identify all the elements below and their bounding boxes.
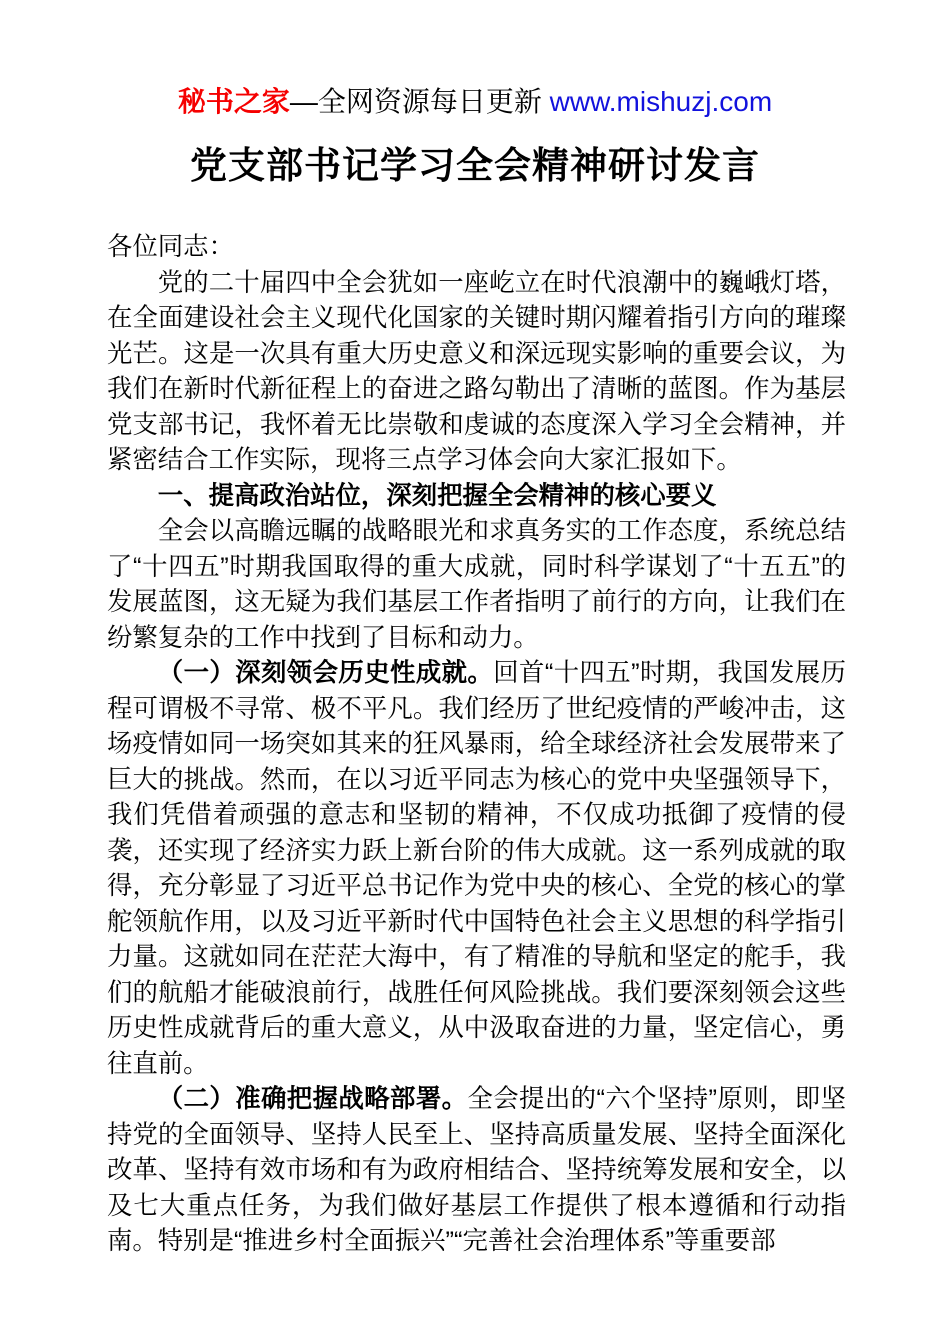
text-run: 党的二十届四中全会犹如一座屹立在时代浪潮中的巍峨灯塔，在全面建设社会主义现代化国… (107, 269, 846, 475)
document-paragraphs: 党的二十届四中全会犹如一座屹立在时代浪潮中的巍峨灯塔，在全面建设社会主义现代化国… (107, 266, 846, 1260)
tagline-text: —全网资源每日更新 (290, 86, 550, 117)
text-run: 回首“十四五”时期，我国发展历程可谓极不寻常、极不平凡。我们经历了世纪疫情的严峻… (107, 659, 846, 1078)
paragraph: （二）准确把握战略部署。全会提出的“六个坚持”原则，即坚持党的全面领导、坚持人民… (107, 1082, 846, 1260)
bold-text-run: 一、提高政治站位，深刻把握全会精神的核心要义 (158, 482, 717, 510)
brand-text: 秘书之家 (178, 86, 290, 117)
document-page: 秘书之家—全网资源每日更新 www.mishuzj.com 党支部书记学习全会精… (0, 0, 950, 1344)
site-header: 秘书之家—全网资源每日更新 www.mishuzj.com (0, 0, 950, 119)
section-heading: 一、提高政治站位，深刻把握全会精神的核心要义 (107, 479, 846, 515)
salutation: 各位同志： (107, 230, 846, 266)
bold-text-run: （一）深刻领会历史性成就。 (158, 659, 493, 687)
bold-text-run: （二）准确把握战略部署。 (158, 1085, 468, 1113)
paragraph: 全会以高瞻远瞩的战略眼光和求真务实的工作态度，系统总结了“十四五”时期我国取得的… (107, 514, 846, 656)
document-title: 党支部书记学习全会精神研讨发言 (0, 143, 950, 189)
document-content: 各位同志： 党的二十届四中全会犹如一座屹立在时代浪潮中的巍峨灯塔，在全面建设社会… (107, 230, 846, 1260)
paragraph: （一）深刻领会历史性成就。回首“十四五”时期，我国发展历程可谓极不寻常、极不平凡… (107, 656, 846, 1082)
text-run: 全会以高瞻远瞩的战略眼光和求真务实的工作态度，系统总结了“十四五”时期我国取得的… (107, 517, 846, 652)
paragraph: 党的二十届四中全会犹如一座屹立在时代浪潮中的巍峨灯塔，在全面建设社会主义现代化国… (107, 266, 846, 479)
site-url-link[interactable]: www.mishuzj.com (550, 86, 772, 117)
